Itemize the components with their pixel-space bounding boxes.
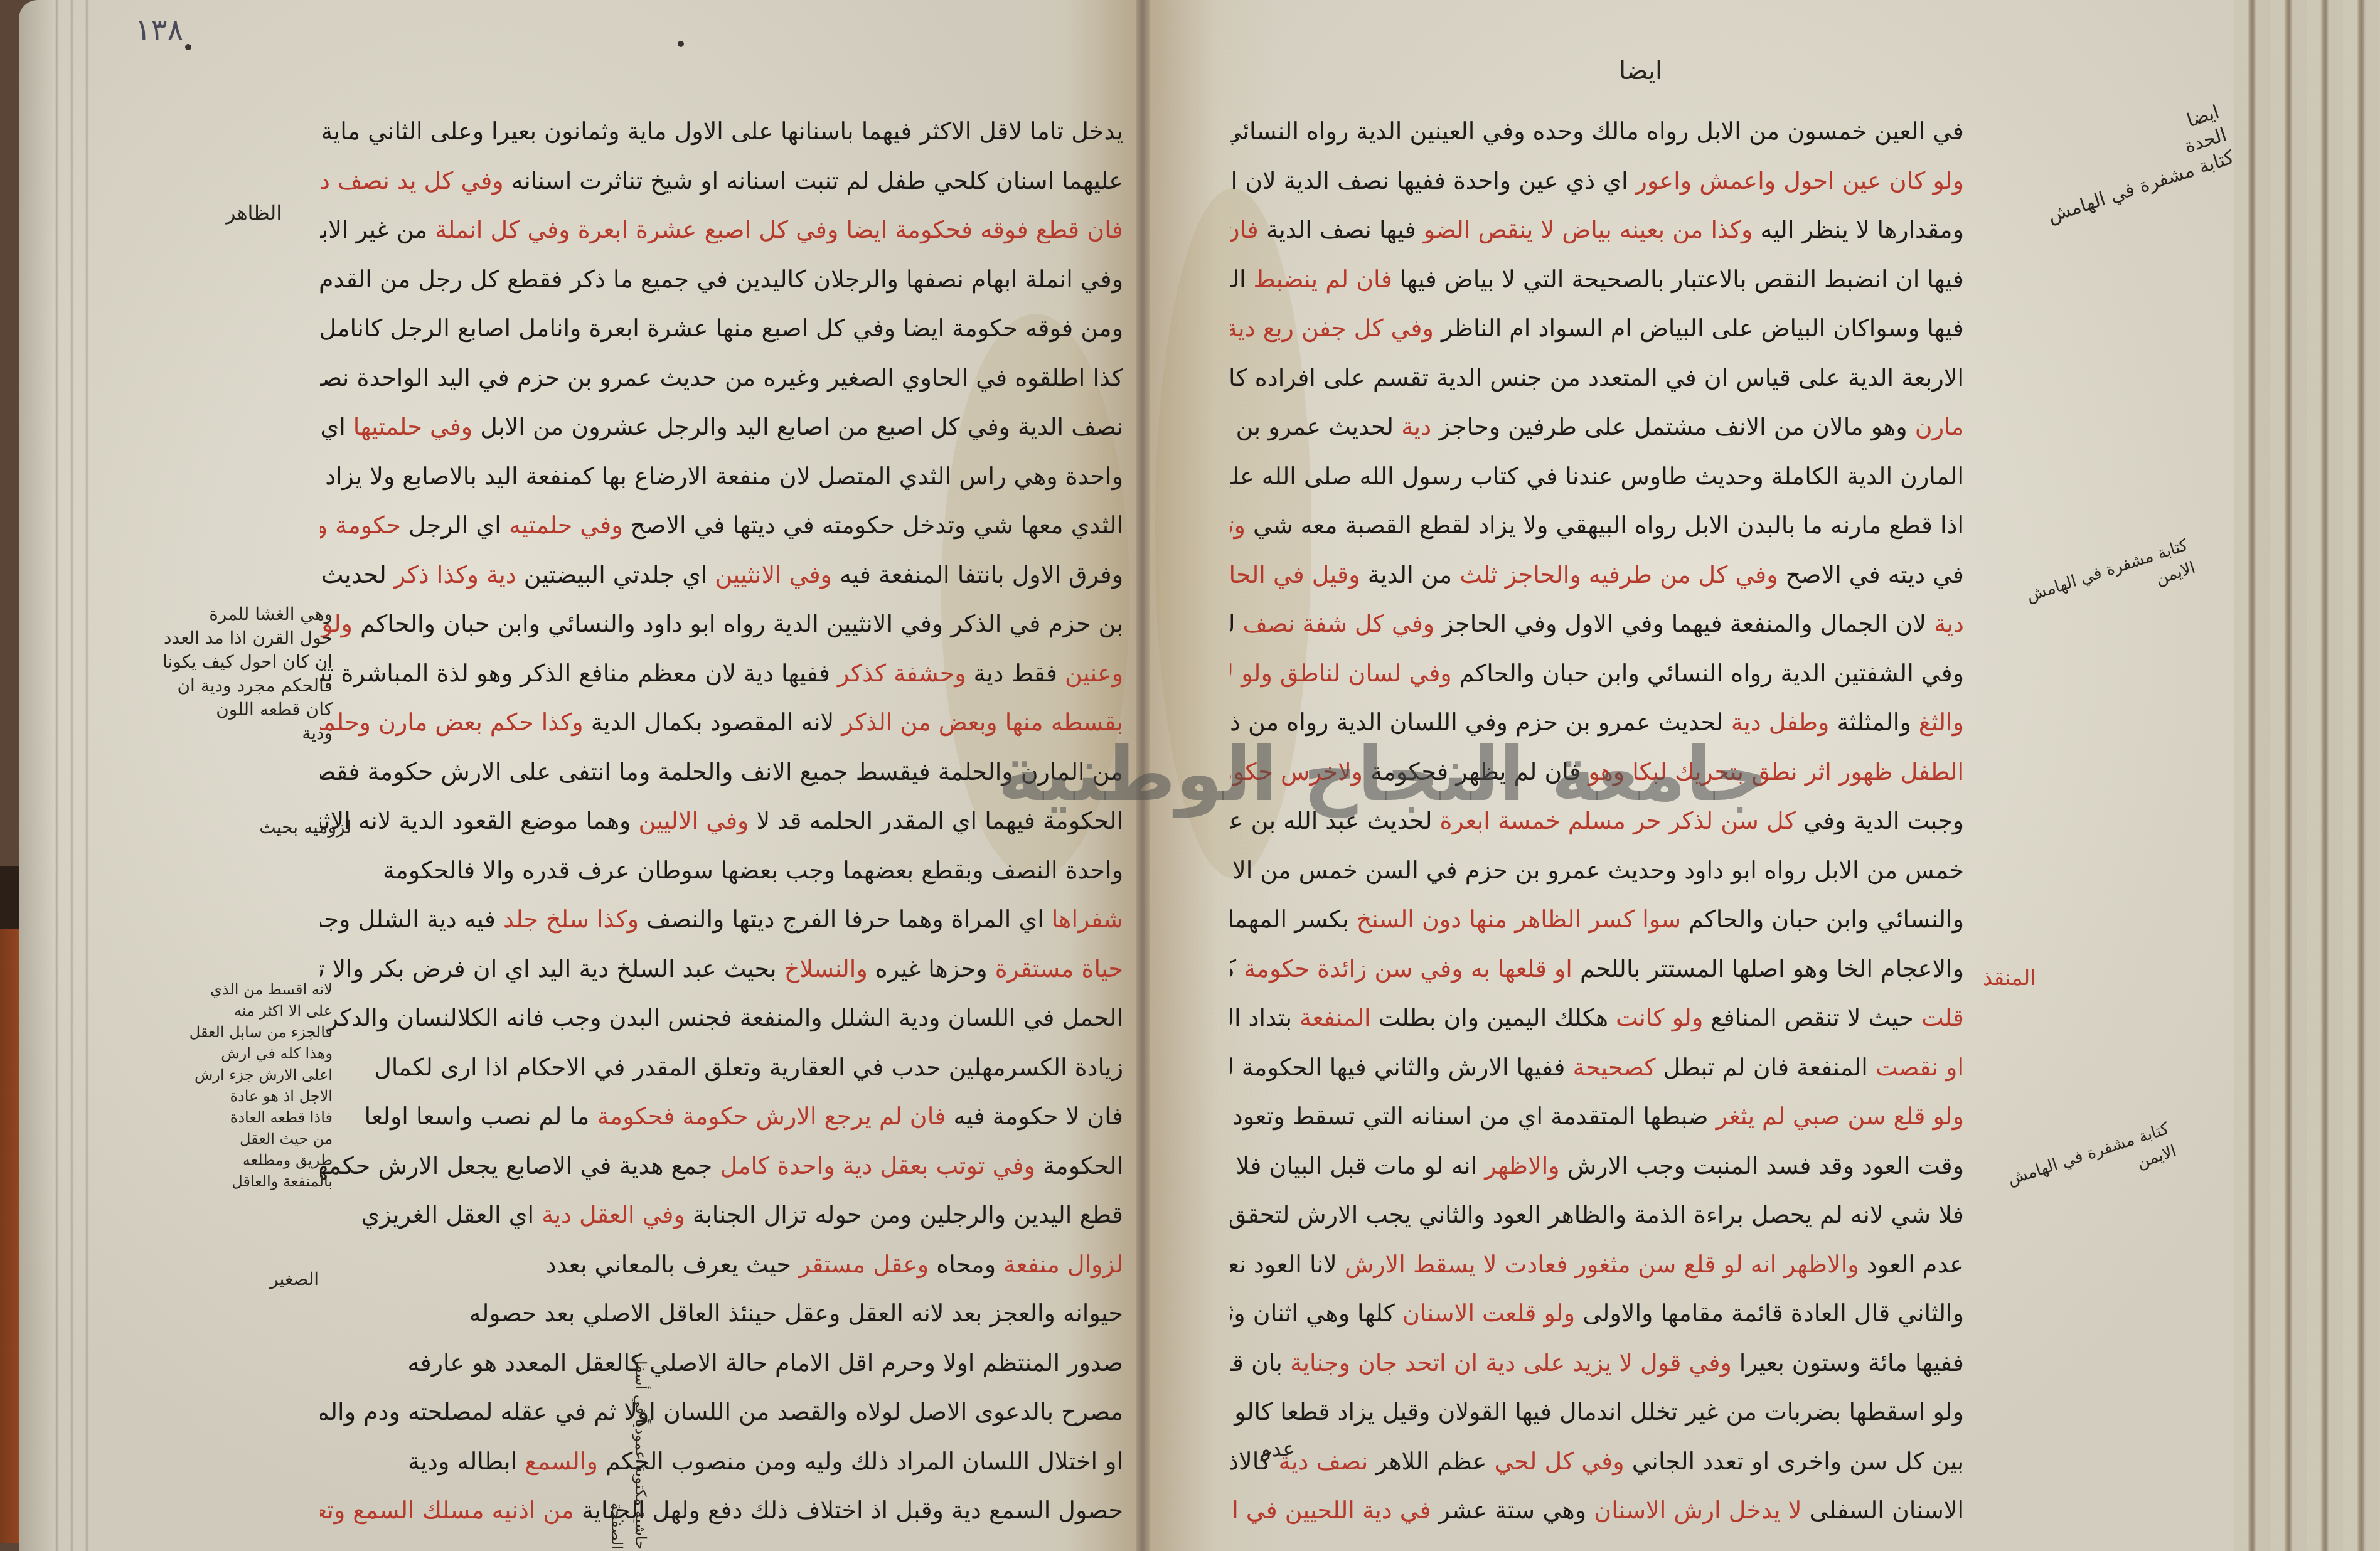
body-text: كذا اطلقوه في الحاوي الصغير وغيره من حدي… [320, 364, 1123, 392]
rubric-text: المنفعة [1299, 1004, 1371, 1031]
catchword: عدو [1261, 1437, 1296, 1462]
rubric-text: وفي العقل دية [542, 1201, 685, 1229]
text-line: لزوال منفعة ومحاه وعقل مستقر حيث يعرف با… [320, 1240, 1123, 1289]
rubric-text: وفي كل اصبع عشرة ابعرة [570, 216, 839, 243]
rubric-text: وفي سن زائدة حكومة [1244, 955, 1463, 983]
body-text: هكلك اليمين وان بطلت [1371, 1004, 1616, 1031]
body-text: كسائر الزوائد [1230, 955, 1244, 983]
body-text: عدم العود [1859, 1250, 1964, 1278]
right-page-text-block: في العين خمسون من الابل رواه مالك وحده و… [1230, 107, 1964, 1535]
body-text: فقط دية [966, 659, 1065, 687]
body-text: وحزها غيره [868, 955, 995, 983]
rubric-text: فان نقص فقسط [1230, 216, 1259, 243]
rubric-text: لزوال منفعة [1003, 1250, 1123, 1278]
rubric-text: وعقل مستقر [799, 1250, 929, 1278]
body-text: بين كل سن واخرى او تعدد الجاني [1625, 1447, 1964, 1475]
body-text: ومحاه [929, 1250, 1003, 1278]
text-line: مصرح بالدعوى الاصل لولاه والقصد من اللسا… [320, 1387, 1123, 1437]
rubric-text: لا يدخل ارش الاسنان [1594, 1496, 1801, 1524]
text-line: الحمل في اللسان ودية الشلل والمنفعة فجنس… [320, 993, 1123, 1043]
body-text: ضبطها المتقدمة اي من اسنانه التي تسقط وت… [1230, 1102, 1716, 1130]
text-line: المارن الدية الكاملة وحديث طاوس عندنا في… [1230, 452, 1964, 501]
text-line: حيوانه والعجز بعد لانه العقل وعقل حينئذ … [320, 1289, 1123, 1338]
rubric-text: ولو كان [1882, 167, 1964, 195]
text-line: قطع اليدين والرجلين ومن حوله تزال الجناب… [320, 1190, 1123, 1240]
rubric-text: وفي توتب بعقل دية واحدة كامل [720, 1152, 1035, 1180]
cover-board-dark [0, 866, 21, 935]
body-text: فان لا حكومة فيه [946, 1102, 1123, 1130]
rubric-text: دية وكذا ذكر [394, 561, 516, 589]
rubric-text: وفي كل انملة [427, 216, 570, 243]
text-line: والاعجام الخا وهو اصلها المستتر باللحم ا… [1230, 944, 1964, 994]
text-line: وفي انملة ابهام نصفها والرجلان كاليدين ف… [320, 255, 1123, 304]
body-text: نصف الدية وفي كل اصبع من اصابع اليد والر… [472, 413, 1123, 440]
rubric-text: سوا كسر الظاهر منها دون السنخ [1357, 905, 1681, 933]
margin-note-left-bottom: الصغير [270, 1267, 319, 1291]
rubric-text: وفي كل شفة نصف [1243, 610, 1435, 637]
rubric-text: والاظهر [1485, 1152, 1559, 1180]
rubric-text: في دية اللحيين في الاصح [1230, 1496, 1431, 1524]
rubric-text: وحشفة كذكر [838, 659, 966, 687]
body-text: بحيث عبد السلخ دية اليد اي ان فرض بكر وا… [320, 955, 784, 983]
body-text: مصرح بالدعوى الاصل لولاه والقصد من اللسا… [320, 1398, 1123, 1426]
rubric-text: وفي كل جفن ربع دية ولو كان لاعمى [1230, 314, 1434, 342]
text-line: اذا قطع مارنه ما بالبدن الابل رواه البيه… [1230, 501, 1964, 550]
running-head: ايضا [1619, 56, 1662, 85]
margin-note-top-left: الظاهر [226, 201, 282, 225]
library-watermark: جامعة النجاح الوطنية [998, 731, 1768, 818]
body-text: وقت العود وقد فسد المنبت وجب الارش [1560, 1152, 1964, 1180]
rubric-text: وفي حلمتيها [353, 413, 472, 440]
rubric-text: وفي لسان لناطق ولو لالكن [1230, 659, 1452, 687]
rubric-text: فان لم يرجع الارش حكومة فحكومة [597, 1102, 946, 1130]
text-line: زيادة الكسرمهلين حدب في العقارية وتعلق ا… [320, 1043, 1123, 1092]
body-text: ولو اسقطها بضربات من غير تخلل اندمال فيه… [1230, 1398, 1964, 1426]
text-line: فلا شي لانه لم يحصل براءة الذمة والظاهر … [1230, 1190, 1964, 1240]
body-text: حيوانه والعجز بعد لانه العقل وعقل حينئذ … [469, 1299, 1123, 1327]
body-text: حيث يعرف بالمعاني بعدد [546, 1250, 799, 1278]
body-text: من الدية [1360, 561, 1460, 589]
text-line: واحدة وهي راس الثدي المتصل لان منفعة الا… [320, 452, 1123, 501]
rubric-text: شفراها [1052, 905, 1123, 933]
body-text: اي الرجل [401, 511, 509, 539]
body-text: بتداد الحركة [1230, 1004, 1299, 1031]
body-text: خمس من الابل رواه ابو داود وحديث عمرو بن… [1230, 856, 1964, 884]
text-line: مارن وهو مالان من الانف مشتمل على طرفين … [1230, 402, 1964, 452]
text-line: الاسنان السفلى لا يدخل ارش الاسنان وهي س… [1230, 1486, 1964, 1535]
rubric-text: وقيل في الحاجز حكومة وفيهما [1230, 561, 1360, 589]
margin-note-left-small: لزوميه بحيث [188, 816, 351, 839]
text-line: حصول السمع دية وقبل اذ اختلاف ذلك دفع ول… [320, 1486, 1123, 1535]
rubric-text: وفي الاليين [639, 807, 749, 834]
text-line: والنسائي وابن حبان والحاكم سوا كسر الظاه… [1230, 895, 1964, 944]
body-text: جمع هدية في الاصابع يجعل الارش حكمها [320, 1152, 720, 1180]
rubric-text: فان لم ينضبط [1254, 265, 1392, 293]
rubric-text: والنسلاخ [784, 955, 868, 983]
right-page-stack-edges [2234, 0, 2380, 1551]
text-line: عدم العود والاظهر انه لو قلع سن مثغور فع… [1230, 1240, 1964, 1289]
rubric-text: والاظهر انه لو قلع سن مثغور فعادت لا يسق… [1345, 1250, 1859, 1278]
body-text: والمثلثة [1829, 708, 1919, 736]
rubric-text: من اذنيه مسلك السمع وتعطل السمع [320, 1496, 574, 1524]
text-line: في ديته في الاصح وفي كل من طرفيه والحاجز… [1230, 550, 1964, 600]
body-text: لحديث عمرو بن حزم [1230, 610, 1243, 637]
rubric-text: وكذا سلخ جلد [503, 905, 639, 933]
rubric-text: او قلعها به [1471, 955, 1572, 983]
body-text: من غير الابهام ثلث العشرة [320, 216, 427, 243]
body-text: قطع اليدين والرجلين ومن حوله تزال الجناب… [685, 1201, 1123, 1229]
text-line: واحدة النصف وبقطع بعضهما وجب بعضها سوطان… [320, 846, 1123, 895]
rubric-text: والسمع [525, 1447, 598, 1475]
text-line: فيها وسواكان البياض على البياض ام السواد… [1230, 304, 1964, 353]
body-text: اي العقل الغريزي [361, 1201, 542, 1229]
body-text: اي المراة دية [320, 413, 353, 440]
text-line: دية لان الجمال والمنفعة فيهما وفي الاول … [1230, 599, 1964, 649]
rubric-text: دية [1401, 413, 1431, 440]
body-text: الاربعة الدية على قياس ان في المتعدد من … [1230, 364, 1964, 392]
body-text: ومقدارها لا ينظر اليه [1753, 216, 1964, 243]
body-text: اي جلدتي البيضتين [516, 561, 715, 589]
body-text: لحديث عمرو [320, 561, 394, 589]
body-text: بان قلعها [1230, 1349, 1290, 1377]
rubric-text: مارن [1915, 413, 1964, 440]
rubric-text: وتندرج حكومتها [1230, 511, 1246, 539]
body-text: او اختلال اللسان المراد ذلك وليه ومن منص… [598, 1447, 1123, 1475]
body-text: عظم اللاهر [1368, 1447, 1494, 1475]
margin-note-red-right: المنقذ [1983, 966, 2036, 990]
body-text: وهي ستة عشر [1431, 1496, 1594, 1524]
body-text: عليهما اسنان كلحي طفل لم تنبت اسنانه او … [504, 167, 1123, 195]
body-text: حيث لا تنقص المنافع [1703, 1004, 1921, 1031]
body-text: ففيها دية لان معظم منافع الذكر وهو لذة ا… [320, 659, 838, 687]
body-text: بكسر المهملة وسكون النون [1230, 905, 1357, 933]
body-text: كلها وهي اثنان وثلاثون [1230, 1299, 1402, 1327]
rubric-text: دية [1934, 610, 1964, 637]
rubric-text: وبعض من الذكر [841, 708, 997, 736]
body-text: والنسائي وابن حبان والحاكم [1681, 905, 1964, 933]
text-line: بين كل سن واخرى او تعدد الجاني وفي كل لح… [1230, 1437, 1964, 1486]
bottom-vertical-note: حاشية مكتوبة عمودياً في أسفل الصفحة [605, 1343, 653, 1550]
body-text: اي المراة وهما حرفا الفرج ديتها والنصف [639, 905, 1052, 933]
margin-note-left-lower: لانه اقسط من الذي على الا اكثر منه فالجز… [107, 979, 333, 1192]
text-line: صدور المنتظم اولا وحرم اقل الامام حالة ا… [320, 1338, 1123, 1388]
text-line: وفرق الاول بانتفا المنفعة فيه وفي الانثي… [320, 550, 1123, 600]
text-line: ومقدارها لا ينظر اليه وكذا من بعينه بياض… [1230, 205, 1964, 255]
rubric-text: او نقصت [1876, 1053, 1964, 1081]
text-line: ولو كان عين احول واعمش واعور اي ذي عين و… [1230, 156, 1964, 206]
body-text: اذا قطع مارنه ما بالبدن الابل رواه البيه… [1246, 511, 1964, 539]
left-page-text-block: يدخل تاما لاقل الاكثر فيهما باسنانها على… [320, 107, 1123, 1535]
rubric-text: عين احول واعمش واعور [1636, 167, 1882, 195]
body-text: صدور المنتظم اولا وحرم اقل الامام حالة ا… [407, 1349, 1123, 1377]
body-text: بن حزم في الذكر وفي الانثيين الدية رواه … [353, 610, 1123, 637]
body-text: في العين خمسون من الابل رواه مالك وحده و… [1230, 117, 1964, 145]
body-text: وفي الشفتين الدية رواه النسائي وابن حبان… [1452, 659, 1964, 687]
body-text: النقص [1230, 265, 1254, 293]
text-line: والثاني قال العادة قائمة مقامها والاولى … [1230, 1289, 1964, 1338]
rubric-text: حياة مستقرة [995, 955, 1123, 983]
body-text: المنفعة فان لم تبطل [1656, 1053, 1876, 1081]
body-text: وهما موضع القعود الدية لانه الاثنين [320, 807, 639, 834]
body-text: ومن فوقه حكومة ايضا وفي كل اصبع منها عشر… [320, 314, 1123, 342]
text-line: فيها ان انضبط النقص بالاعتبار بالصحيحة ا… [1230, 255, 1964, 304]
body-text: اي ذي عين واحدة ففيها نصف الدية لان المن… [1230, 167, 1636, 195]
body-text: الثدي معها شي وتدخل حكومته في ديتها في ا… [623, 511, 1124, 539]
body-text: انه لو مات قبل البيان فلا شي [1230, 1152, 1485, 1180]
left-page-edges [44, 0, 100, 1551]
body-text: وفرق الاول بانتفا المنفعة فيه [832, 561, 1123, 589]
body-text [1463, 955, 1471, 983]
text-line: وفي الشفتين الدية رواه النسائي وابن حبان… [1230, 649, 1964, 698]
rubric-text: وفي الانثيين [715, 561, 832, 589]
body-text: وهو مالان من الانف مشتمل على طرفين وحاجز [1431, 413, 1915, 440]
text-line: كذا اطلقوه في الحاوي الصغير وغيره من حدي… [320, 353, 1123, 403]
text-line: الاربعة الدية على قياس ان في المتعدد من … [1230, 353, 1964, 403]
text-line: شفراها اي المراة وهما حرفا الفرج ديتها و… [320, 895, 1123, 944]
text-line: نصف الدية وفي كل اصبع من اصابع اليد والر… [320, 402, 1123, 452]
body-text: ففيها مائة وستون بعيرا [1732, 1349, 1964, 1377]
body-text: لحديث عمرو بن حزم وفي الانف اذا استوعب [1230, 413, 1401, 440]
rubric-text: ولو كانت [1616, 1004, 1703, 1031]
folio-number: ١٣٨ [135, 13, 183, 48]
text-line: يدخل تاما لاقل الاكثر فيهما باسنانها على… [320, 107, 1123, 156]
rubric-text: وفي كل لحي [1495, 1447, 1625, 1475]
rubric-text: وفي حلمتيه [509, 511, 623, 539]
rubric-text: وكذا حكم بعض مارن وحلمة [320, 708, 584, 736]
rubric-text: وفي قول لا يزيد على دية ان اتحد جان وجنا… [1290, 1349, 1732, 1377]
text-line: الحكومة وفي توتب بعقل دية واحدة كامل جمع… [320, 1141, 1123, 1191]
body-text: وفي انملة ابهام نصفها والرجلان كاليدين ف… [320, 265, 1123, 293]
body-text: والثاني قال العادة قائمة مقامها والاولى [1575, 1299, 1964, 1327]
rubric-text: قلت [1921, 1004, 1964, 1031]
rubric-text: كصحيحة [1573, 1053, 1656, 1081]
text-line: او اختلال اللسان المراد ذلك وليه ومن منص… [320, 1437, 1123, 1486]
text-line: فان قطع فوقه فحكومة ايضا وفي كل اصبع عشر… [320, 205, 1123, 255]
body-text: فلا شي لانه لم يحصل براءة الذمة والظاهر … [1230, 1201, 1964, 1229]
text-line: وقت العود وقد فسد المنبت وجب الارش والاظ… [1230, 1141, 1964, 1191]
text-line: ولو قلع سن صبي لم يثغر ضبطها المتقدمة اي… [1230, 1092, 1964, 1141]
text-line: خمس من الابل رواه ابو داود وحديث عمرو بن… [1230, 846, 1964, 895]
text-line: حياة مستقرة وحزها غيره والنسلاخ بحيث عبد… [320, 944, 1123, 994]
body-text: في ديته في الاصح [1778, 561, 1964, 589]
body-text: المارن الدية الكاملة وحديث طاوس عندنا في… [1230, 462, 1964, 490]
text-line: وعنين فقط دية وحشفة كذكر ففيها دية لان م… [320, 649, 1123, 698]
rubric-text: ولو قلع سن صبي لم يثغر [1716, 1102, 1964, 1130]
rubric-text: وكذا من بعينه بياض لا ينقص الضو [1424, 216, 1753, 243]
body-text: حصول السمع دية وقبل اذ اختلاف ذلك دفع ول… [574, 1496, 1123, 1524]
text-line: ففيها مائة وستون بعيرا وفي قول لا يزيد ع… [1230, 1338, 1964, 1388]
ink-speck [678, 41, 684, 47]
rubric-text: فان قطع فوقه فحكومة ايضا [838, 216, 1123, 243]
rubric-text: وعنين [1065, 659, 1123, 687]
text-line: عليهما اسنان كلحي طفل لم تنبت اسنانه او … [320, 156, 1123, 206]
text-line: الثدي معها شي وتدخل حكومته في ديتها في ا… [320, 501, 1123, 550]
body-text: زيادة الكسرمهلين حدب في العقارية وتعلق ا… [374, 1053, 1123, 1081]
body-text: لان الجمال والمنفعة فيهما وفي الاول وفي … [1434, 610, 1934, 637]
ink-speck [185, 44, 191, 50]
body-text: واحدة وهي راس الثدي المتصل لان منفعة الا… [320, 462, 1123, 490]
text-line: او نقصت المنفعة فان لم تبطل كصحيحة ففيها… [1230, 1043, 1964, 1092]
rubric-text: وفي كل من طرفيه والحاجز ثلث [1459, 561, 1778, 589]
text-line: ومن فوقه حكومة ايضا وفي كل اصبع منها عشر… [320, 304, 1123, 353]
text-line: فان لا حكومة فيه فان لم يرجع الارش حكومة… [320, 1092, 1123, 1141]
text-line: قلت حيث لا تنقص المنافع ولو كانت هكلك ال… [1230, 993, 1964, 1043]
margin-note-left-middle: وهي الغشا للمرة حول القرن اذا مد العدد ا… [125, 602, 333, 745]
body-text: واحدة النصف وبقطع بعضهما وجب بعضها سوطان… [383, 856, 1123, 884]
text-line: ولو اسقطها بضربات من غير تخلل اندمال فيه… [1230, 1387, 1964, 1437]
body-text: الاسنان السفلى [1801, 1496, 1964, 1524]
manuscript-spread: ١٣٨ ايضا يدخل تاما لاقل الاكثر فيهما باس… [0, 0, 2380, 1551]
body-text: ففيها الارش والثاني فيها الحكومة لنقص [1230, 1053, 1573, 1081]
body-text: فيها ان انضبط النقص بالاعتبار بالصحيحة ا… [1392, 265, 1964, 293]
body-text: ابطاله ودية [408, 1447, 525, 1475]
body-text: الحمل في اللسان ودية الشلل والمنفعة فجنس… [320, 1004, 1123, 1031]
text-line: في العين خمسون من الابل رواه مالك وحده و… [1230, 107, 1964, 156]
rubric-text: والثغ [1919, 708, 1964, 736]
body-text: وجبت الدية وفي [1796, 807, 1964, 834]
body-text: يدخل تاما لاقل الاكثر فيهما باسنانها على… [320, 117, 1123, 145]
body-text: فيها نصف الدية [1259, 216, 1424, 243]
rubric-text: حكومة وفي انثييه دية [320, 511, 401, 539]
body-text: فيها وسواكان البياض على البياض ام السواد… [1434, 314, 1964, 342]
body-text: ما لم نصب واسعا اولعا [364, 1102, 597, 1130]
body-text: لانه المقصود بكمال الدية [584, 708, 842, 736]
text-line: بن حزم في الذكر وفي الانثيين الدية رواه … [320, 599, 1123, 649]
body-text: والاعجام الخا وهو اصلها المستتر باللحم [1572, 955, 1964, 983]
body-text: فيه دية الشلل وجميع البدن [320, 905, 503, 933]
rubric-text: ولو قلعت الاسنان [1402, 1299, 1575, 1327]
body-text: لانا العود نعمة جديدة [1230, 1250, 1345, 1278]
rubric-text: وفي كل يد نصف دية ان قطع من كوع [320, 167, 504, 195]
body-text: الحكومة [1035, 1152, 1123, 1180]
